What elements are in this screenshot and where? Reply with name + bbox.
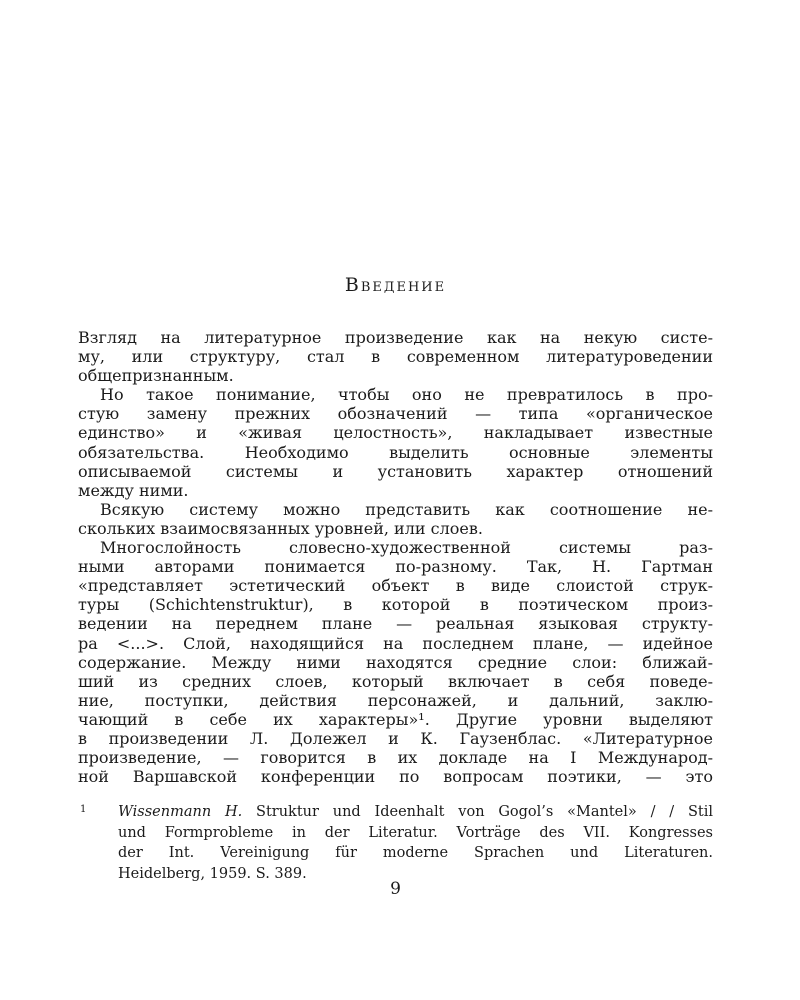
text-line: ра <...>. Слой, находящийся на последнем… — [78, 634, 713, 653]
footnote-marker: 1 — [80, 800, 86, 821]
footnote-text: Wissenmann H. Struktur und Ideenhalt von… — [118, 802, 713, 884]
text-line: Многослойность словесно-художественной с… — [78, 538, 713, 557]
page-number: 9 — [78, 879, 713, 899]
footnote-line: der Int. Vereinigung für moderne Sprache… — [118, 843, 713, 864]
text-line: ведении на переднем плане — реальная язы… — [78, 614, 713, 633]
footnote-segment: und Formprobleme in der Literatur. Vortr… — [118, 825, 713, 841]
text-line: стую замену прежних обозначений — типа «… — [78, 404, 713, 423]
text-line: ной Варшавской конференции по вопросам п… — [78, 767, 713, 786]
text-line: ными авторами понимается по-разному. Так… — [78, 557, 713, 576]
text-line: общепризнанным. — [78, 366, 713, 385]
text-line: содержание. Между ними находятся средние… — [78, 653, 713, 672]
book-page: Введение Взгляд на литературное произвед… — [0, 0, 800, 1000]
text-line: Но такое понимание, чтобы оно не преврат… — [78, 385, 713, 404]
footnote: 1 Wissenmann H. Struktur und Ideenhalt v… — [78, 802, 713, 884]
footnote-segment: Struktur und Ideenhalt von Gogol’s «Mant… — [242, 804, 713, 820]
text-line: обязательства. Необходимо выделить основ… — [78, 443, 713, 462]
footnote-segment: der Int. Vereinigung für moderne Sprache… — [118, 845, 713, 861]
body-text: Взгляд на литературное произведение как … — [78, 328, 713, 786]
text-line: чающий в себе их характеры»¹. Другие уро… — [78, 710, 713, 729]
text-line: описываемой системы и установить характе… — [78, 462, 713, 481]
footnote-line: und Formprobleme in der Literatur. Vortr… — [118, 823, 713, 844]
chapter-heading: Введение — [78, 274, 713, 296]
text-line: единство» и «живая целостность», наклады… — [78, 423, 713, 442]
text-line: ший из средних слоев, который включает в… — [78, 672, 713, 691]
text-line: между ними. — [78, 481, 713, 500]
text-line: «представляет эстетический объект в виде… — [78, 576, 713, 595]
text-line: скольких взаимосвязанных уровней, или сл… — [78, 519, 713, 538]
text-line: Взгляд на литературное произведение как … — [78, 328, 713, 347]
text-line: Всякую систему можно представить как соо… — [78, 500, 713, 519]
text-line: произведение, — говорится в их докладе н… — [78, 748, 713, 767]
text-line: туры (Schichtenstruktur), в которой в по… — [78, 595, 713, 614]
text-line: в произведении Л. Долежел и К. Гаузенбла… — [78, 729, 713, 748]
text-line: му, или структуру, стал в современном ли… — [78, 347, 713, 366]
footnote-line: Wissenmann H. Struktur und Ideenhalt von… — [118, 802, 713, 823]
footnote-author: Wissenmann H. — [118, 804, 242, 820]
text-line: ние, поступки, действия персонажей, и да… — [78, 691, 713, 710]
